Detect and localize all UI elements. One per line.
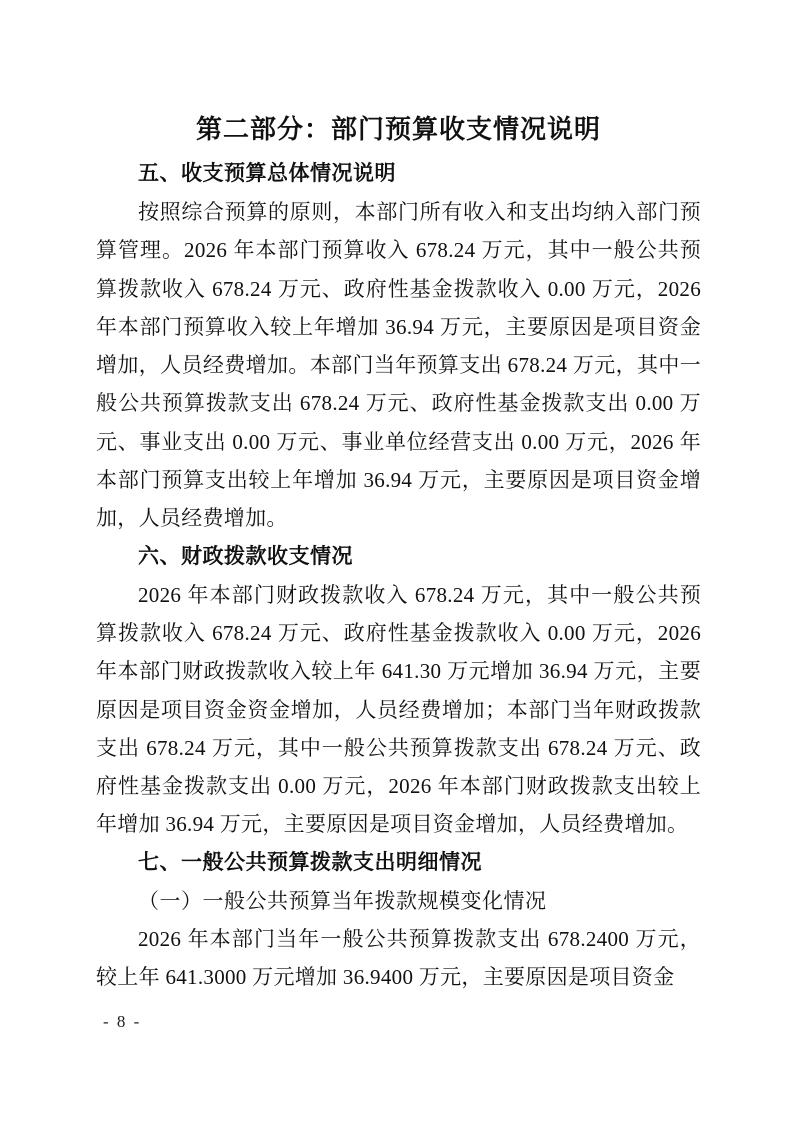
document-page: 第二部分：部门预算收支情况说明 五、收支预算总体情况说明 按照综合预算的原则，本…	[0, 0, 793, 1122]
document-content: 第二部分：部门预算收支情况说明 五、收支预算总体情况说明 按照综合预算的原则，本…	[96, 110, 701, 997]
section-5-paragraph: 按照综合预算的原则，本部门所有收入和支出均纳入部门预算管理。2026 年本部门预…	[96, 193, 701, 538]
document-title: 第二部分：部门预算收支情况说明	[96, 110, 701, 150]
section-heading-5: 五、收支预算总体情况说明	[96, 155, 701, 193]
section-heading-7: 七、一般公共预算拨款支出明细情况	[96, 844, 701, 882]
page-number: - 8 -	[103, 1012, 141, 1032]
section-7-subheading: （一）一般公共预算当年拨款规模变化情况	[96, 882, 701, 920]
section-heading-6: 六、财政拨款收支情况	[96, 538, 701, 576]
section-7-paragraph: 2026 年本部门当年一般公共预算拨款支出 678.2400 万元，较上年 64…	[96, 920, 701, 997]
section-6-paragraph: 2026 年本部门财政拨款收入 678.24 万元，其中一般公共预算拨款收入 6…	[96, 576, 701, 844]
